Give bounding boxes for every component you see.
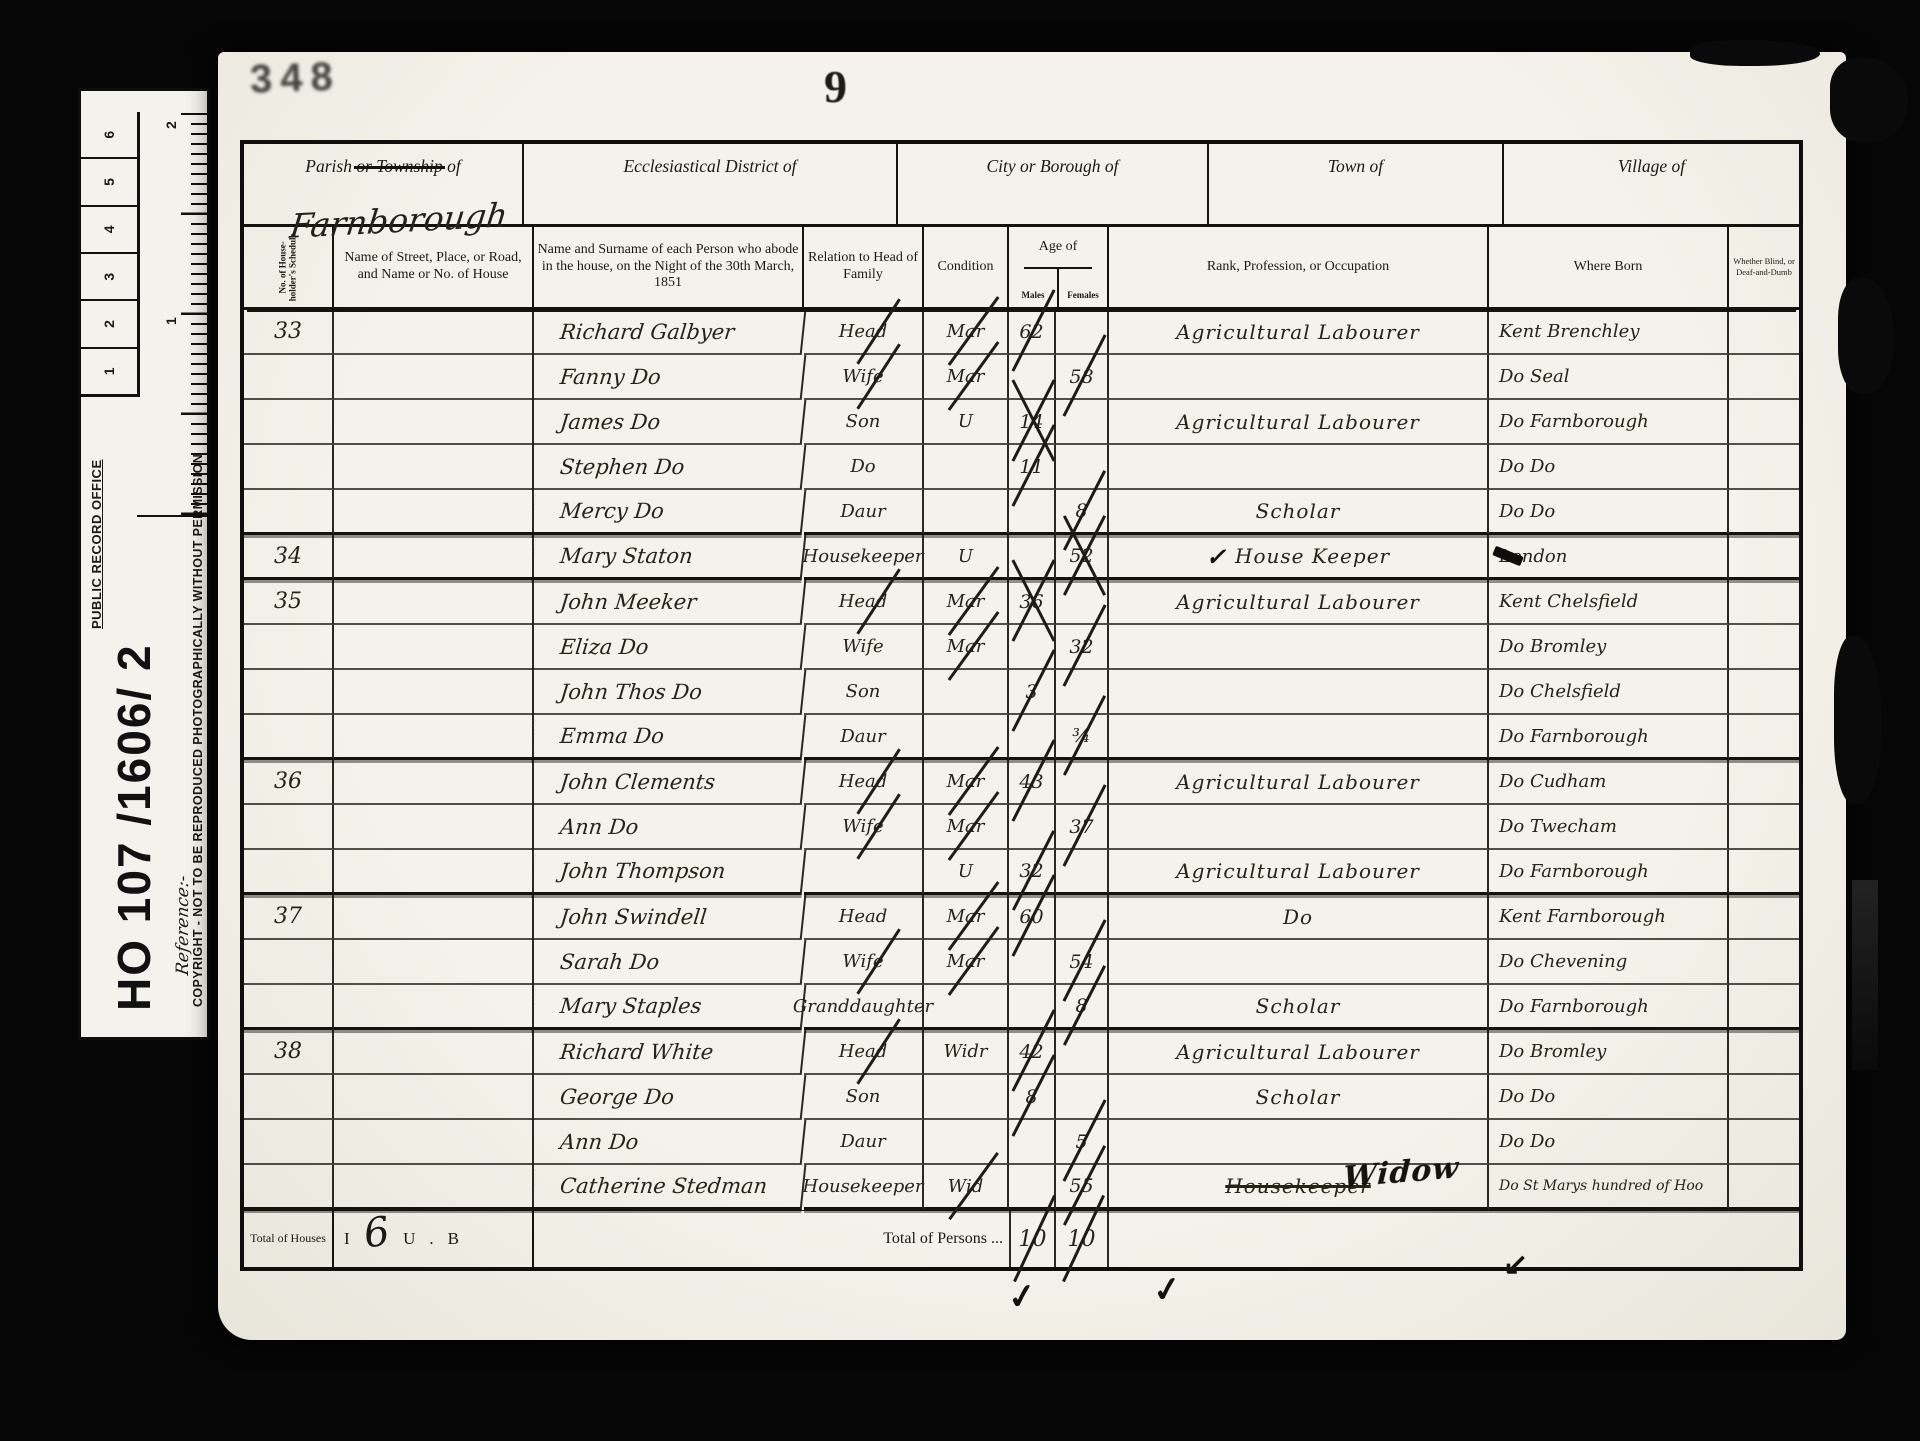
- schedule-number: [244, 985, 334, 1030]
- schedule-number: [244, 670, 334, 715]
- col-name-header: Name and Surname of each Person who abod…: [534, 227, 804, 307]
- relation-cell: Head: [804, 760, 924, 805]
- houses-building-letter: B: [448, 1229, 459, 1249]
- village-header-cell: Village of: [1504, 144, 1799, 224]
- relation-cell: Head: [804, 580, 924, 625]
- occupation-cell: Scholar: [1109, 1075, 1489, 1120]
- condition-cell: Mar: [924, 310, 1009, 355]
- street-cell: [334, 1075, 534, 1120]
- houses-count-handwritten: 6: [361, 1208, 393, 1257]
- occupation-text: Scholar: [1256, 499, 1341, 523]
- schedule-number: [244, 715, 334, 760]
- occupation-cell: Agricultural Labourer: [1109, 760, 1489, 805]
- person-name: Emma Do: [532, 715, 807, 760]
- street-cell: [334, 850, 534, 895]
- street-cell: [334, 805, 534, 850]
- where-born-cell: Kent Chelsfield: [1489, 580, 1729, 625]
- occupation-text: Agricultural Labourer: [1176, 859, 1420, 883]
- col-blind-header: Whether Blind, or Deaf-and-Dumb: [1729, 227, 1799, 307]
- age-female-cell: 8: [1056, 490, 1109, 535]
- ruler-minor-ticks: [191, 113, 207, 515]
- blind-deaf-cell: [1729, 1120, 1799, 1165]
- schedule-number: 34: [244, 535, 334, 580]
- person-name: Mercy Do: [532, 490, 807, 535]
- relation-cell: Wife: [804, 625, 924, 670]
- relation-cell: Son: [804, 400, 924, 445]
- schedule-number: [244, 355, 334, 400]
- person-name: Eliza Do: [532, 625, 807, 670]
- street-cell: [334, 760, 534, 805]
- ruler-inch-6: 6: [81, 112, 137, 157]
- where-born-cell: Do Do: [1489, 1120, 1729, 1165]
- schedule-number: 37: [244, 895, 334, 940]
- age-female-cell: 52: [1056, 535, 1109, 580]
- census-form: Parish or Township of Farnborough Eccles…: [240, 140, 1803, 1271]
- relation-cell: Son: [804, 1075, 924, 1120]
- schedule-number: [244, 805, 334, 850]
- street-cell: [334, 535, 534, 580]
- relation-cell: Granddaughter: [804, 985, 924, 1030]
- microfilm-background: HO 107 /1606/ 2 Reference:- PUBLIC RECOR…: [0, 0, 1920, 1441]
- occupation-cell: [1109, 355, 1489, 400]
- occupation-cell: Agricultural Labourer: [1109, 1030, 1489, 1075]
- age-female-cell: [1056, 670, 1109, 715]
- schedule-number: 36: [244, 760, 334, 805]
- film-blemish-right-1: [1838, 278, 1894, 394]
- condition-cell: Mar: [924, 580, 1009, 625]
- condition-cell: [924, 1120, 1009, 1165]
- condition-cell: Mar: [924, 760, 1009, 805]
- condition-cell: Mar: [924, 625, 1009, 670]
- city-borough-header-cell: City or Borough of: [898, 144, 1209, 224]
- blind-deaf-cell: [1729, 625, 1799, 670]
- relation-cell: Housekeeper: [804, 535, 924, 580]
- age-of-label: Age of: [1024, 227, 1093, 269]
- person-name: George Do: [532, 1075, 807, 1120]
- person-name: Fanny Do: [532, 355, 807, 400]
- table-row: Stephen Do Do 11 Do Do: [244, 445, 1799, 490]
- condition-cell: Mar: [924, 940, 1009, 985]
- totals-spacer: [534, 1211, 804, 1267]
- person-name: John Meeker: [532, 580, 807, 625]
- blind-deaf-cell: [1729, 985, 1799, 1030]
- table-row: Eliza Do Wife Mar 32 Do Bromley: [244, 625, 1799, 670]
- person-name: Richard Galbyer: [532, 310, 807, 355]
- person-name: John Clements: [532, 760, 807, 805]
- street-cell: [334, 1120, 534, 1165]
- schedule-number: 33: [244, 310, 334, 355]
- col-age-header: Age of Males Females: [1009, 227, 1109, 307]
- houses-uninhabited-letter: U: [403, 1229, 415, 1249]
- schedule-number: [244, 1120, 334, 1165]
- table-row: John Thompson U 32 Agricultural Labourer…: [244, 850, 1799, 895]
- blind-deaf-cell: [1729, 1075, 1799, 1120]
- person-name: Mary Staton: [532, 535, 807, 580]
- occupation-cell: Agricultural Labourer: [1109, 400, 1489, 445]
- col-occupation-header: Rank, Profession, or Occupation: [1109, 227, 1489, 307]
- town-header-cell: Town of: [1209, 144, 1504, 224]
- film-blemish-top-right: [1830, 58, 1908, 142]
- ruler-inch-3: 3: [81, 252, 137, 299]
- occupation-text: Scholar: [1256, 994, 1341, 1018]
- street-cell: [334, 940, 534, 985]
- occupation-cell: Agricultural Labourer: [1109, 580, 1489, 625]
- street-cell: [334, 985, 534, 1030]
- person-name: John Swindell: [532, 895, 807, 940]
- schedule-number: [244, 1165, 334, 1210]
- street-cell: [334, 1165, 534, 1210]
- relation-cell: Do: [804, 445, 924, 490]
- age-male-cell: 3: [1009, 670, 1056, 715]
- table-row: Ann Do Daur 5 Do Do: [244, 1120, 1799, 1165]
- houses-dot: .: [429, 1229, 433, 1249]
- age-female-cell: 5: [1056, 1120, 1109, 1165]
- where-born-cell: Do Chelsfield: [1489, 670, 1729, 715]
- age-female-cell: [1056, 310, 1109, 355]
- relation-cell: Wife: [804, 940, 924, 985]
- condition-cell: Mar: [924, 355, 1009, 400]
- where-born-cell: Do Seal: [1489, 355, 1729, 400]
- person-name: Ann Do: [532, 805, 807, 850]
- blind-deaf-cell: [1729, 400, 1799, 445]
- table-row: 36 John Clements Head Mar 43 Agricultura…: [244, 760, 1799, 805]
- ruler-inch-5: 5: [81, 157, 137, 204]
- age-female-cell: 54: [1056, 940, 1109, 985]
- reference-number: HO 107 /1606/ 2: [107, 643, 161, 1011]
- person-name: Mary Staples: [532, 985, 807, 1030]
- where-born-cell: Do Do: [1489, 445, 1729, 490]
- street-cell: [334, 355, 534, 400]
- table-row: 33 Richard Galbyer Head Mar 62 Agricultu…: [244, 310, 1799, 355]
- occupation-text: House Keeper: [1235, 544, 1390, 568]
- relation-cell: Head: [804, 1030, 924, 1075]
- where-born-cell: Do Farnborough: [1489, 400, 1729, 445]
- occupation-cell: [1109, 715, 1489, 760]
- person-name: Catherine Stedman: [532, 1165, 807, 1210]
- pro-office-title: PUBLIC RECORD OFFICE: [89, 459, 104, 629]
- blind-deaf-cell: [1729, 850, 1799, 895]
- relation-cell: Housekeeper: [804, 1165, 924, 1210]
- condition-cell: Mar: [924, 895, 1009, 940]
- age-female-cell: 8: [1056, 985, 1109, 1030]
- where-born-cell: Do St Marys hundred of Hoo: [1489, 1165, 1729, 1210]
- col-relation-header: Relation to Head of Family: [804, 227, 924, 307]
- ruler-inch-4: 4: [81, 205, 137, 252]
- females-label: Females: [1059, 269, 1107, 307]
- street-cell: [334, 715, 534, 760]
- schedule-number: [244, 490, 334, 535]
- table-row: 37 John Swindell Head Mar 60 Do Kent Far…: [244, 895, 1799, 940]
- ruler-inch-2: 2: [81, 299, 137, 346]
- occupation-text: Agricultural Labourer: [1176, 770, 1420, 794]
- total-houses-value: I 6 U . B: [334, 1211, 534, 1267]
- condition-cell: U: [924, 535, 1009, 580]
- person-name: Richard White: [532, 1030, 807, 1075]
- person-name: James Do: [532, 400, 807, 445]
- condition-cell: [924, 445, 1009, 490]
- blind-deaf-cell: [1729, 535, 1799, 580]
- occupation-cell: House Keeper: [1109, 535, 1489, 580]
- census-sheet: 348 9 Parish or Township of Farnborough …: [218, 52, 1846, 1340]
- ruler-number-1: 1: [163, 317, 179, 325]
- table-row: Mercy Do Daur 8 Scholar Do Do: [244, 490, 1799, 535]
- age-female-cell: ¾: [1056, 715, 1109, 760]
- street-cell: [334, 625, 534, 670]
- condition-cell: Widr: [924, 1030, 1009, 1075]
- film-blemish-right-2: [1834, 636, 1882, 804]
- occupation-cell: Agricultural Labourer: [1109, 850, 1489, 895]
- ruler-scale-fine: 1 2: [137, 113, 207, 517]
- film-blemish-top: [1690, 40, 1820, 66]
- table-row: Sarah Do Wife Mar 54 Do Chevening: [244, 940, 1799, 985]
- age-female-cell: [1056, 400, 1109, 445]
- where-born-cell: London: [1489, 535, 1729, 580]
- blind-deaf-cell: [1729, 1165, 1799, 1210]
- where-born-cell: Kent Brenchley: [1489, 310, 1729, 355]
- blind-deaf-cell: [1729, 715, 1799, 760]
- street-cell: [334, 445, 534, 490]
- occupation-cell: [1109, 805, 1489, 850]
- occupation-cell: Scholar: [1109, 490, 1489, 535]
- where-born-cell: Do Farnborough: [1489, 715, 1729, 760]
- blind-deaf-cell: [1729, 940, 1799, 985]
- age-female-cell: [1056, 895, 1109, 940]
- blind-deaf-cell: [1729, 490, 1799, 535]
- blind-deaf-cell: [1729, 670, 1799, 715]
- table-row: Mary Staples Granddaughter 8 Scholar Do …: [244, 985, 1799, 1030]
- street-cell: [334, 580, 534, 625]
- age-female-cell: 32: [1056, 625, 1109, 670]
- pro-reference-label: HO 107 /1606/ 2 Reference:- PUBLIC RECOR…: [78, 88, 210, 1040]
- relation-cell: Daur: [804, 1120, 924, 1165]
- relation-cell: Wife: [804, 355, 924, 400]
- condition-cell: [924, 1075, 1009, 1120]
- where-born-cell: Do Twecham: [1489, 805, 1729, 850]
- film-frame-stamp: 348: [249, 54, 341, 102]
- occupation-cell: [1109, 445, 1489, 490]
- total-persons-males: 10: [1009, 1211, 1056, 1267]
- condition-cell: Wid: [924, 1165, 1009, 1210]
- total-persons-females: 10: [1056, 1211, 1109, 1267]
- occupation-text: Agricultural Labourer: [1176, 590, 1420, 614]
- parish-label-of: of: [447, 156, 461, 176]
- age-female-cell: [1056, 1075, 1109, 1120]
- schedule-number: [244, 625, 334, 670]
- where-born-cell: Do Bromley: [1489, 1030, 1729, 1075]
- schedule-number: [244, 400, 334, 445]
- blind-deaf-cell: [1729, 580, 1799, 625]
- blind-deaf-cell: [1729, 760, 1799, 805]
- occupation-cell: [1109, 940, 1489, 985]
- schedule-number: [244, 850, 334, 895]
- occupation-cell: Do: [1109, 895, 1489, 940]
- blind-deaf-cell: [1729, 445, 1799, 490]
- occupation-text: Do: [1283, 905, 1313, 929]
- person-name: John Thompson: [532, 850, 807, 895]
- occupation-cell: [1109, 670, 1489, 715]
- street-cell: [334, 400, 534, 445]
- parish-struck-words: or Township: [356, 156, 442, 176]
- person-name: Stephen Do: [532, 445, 807, 490]
- reference-label: Reference:-: [173, 874, 193, 976]
- age-female-cell: [1056, 760, 1109, 805]
- ecclesiastical-header-cell: Ecclesiastical District of: [524, 144, 898, 224]
- totals-rest: [1109, 1211, 1799, 1267]
- houses-inhabited-letter: I: [344, 1229, 350, 1249]
- person-name: Sarah Do: [532, 940, 807, 985]
- street-cell: [334, 670, 534, 715]
- street-cell: [334, 1030, 534, 1075]
- occupation-cell: [1109, 625, 1489, 670]
- males-label: Males: [1009, 269, 1059, 307]
- place-header-band: Parish or Township of Farnborough Eccles…: [244, 144, 1799, 227]
- blind-deaf-cell: [1729, 805, 1799, 850]
- age-male-cell: 43: [1009, 760, 1056, 805]
- schedule-number: 35: [244, 580, 334, 625]
- age-female-cell: 37: [1056, 805, 1109, 850]
- film-scratch-right: [1852, 880, 1878, 1070]
- relation-cell: Head: [804, 895, 924, 940]
- relation-cell: [804, 850, 924, 895]
- age-female-cell: [1056, 850, 1109, 895]
- table-row: James Do Son U 14 Agricultural Labourer …: [244, 400, 1799, 445]
- parish-header-cell: Parish or Township of Farnborough: [244, 144, 524, 224]
- occupation-cell: Scholar: [1109, 985, 1489, 1030]
- relation-cell: Son: [804, 670, 924, 715]
- where-born-cell: Do Chevening: [1489, 940, 1729, 985]
- condition-cell: [924, 670, 1009, 715]
- where-born-cell: Do Cudham: [1489, 760, 1729, 805]
- col-born-header: Where Born: [1489, 227, 1729, 307]
- where-born-cell: Kent Farnborough: [1489, 895, 1729, 940]
- person-name: Ann Do: [532, 1120, 807, 1165]
- condition-cell: Mar: [924, 805, 1009, 850]
- blind-deaf-cell: [1729, 355, 1799, 400]
- schedule-number: 38: [244, 1030, 334, 1075]
- total-houses-label: Total of Houses: [244, 1211, 334, 1267]
- occupation-text: Agricultural Labourer: [1176, 410, 1420, 434]
- ruler-number-2: 2: [163, 121, 179, 129]
- condition-cell: [924, 490, 1009, 535]
- page-number: 9: [824, 60, 847, 113]
- where-born-cell: Do Farnborough: [1489, 985, 1729, 1030]
- column-headers: No. of House-holder's Schedule Name of S…: [244, 227, 1799, 310]
- blind-deaf-cell: [1729, 1030, 1799, 1075]
- schedule-number: [244, 940, 334, 985]
- check-mark-right: ✓: [1150, 1268, 1184, 1312]
- table-row: 35 John Meeker Head Mar 36 Agricultural …: [244, 580, 1799, 625]
- condition-cell: [924, 985, 1009, 1030]
- table-row: John Thos Do Son 3 Do Chelsfield: [244, 670, 1799, 715]
- relation-cell: Daur: [804, 490, 924, 535]
- relation-cell: Wife: [804, 805, 924, 850]
- ruler-scale-inches: 123456: [81, 112, 140, 397]
- relation-cell: Head: [804, 310, 924, 355]
- enumerator-arrow-mark: ↙: [1503, 1247, 1528, 1282]
- occupation-text: Agricultural Labourer: [1176, 1040, 1420, 1064]
- where-born-cell: Do Farnborough: [1489, 850, 1729, 895]
- condition-cell: U: [924, 850, 1009, 895]
- where-born-cell: Do Bromley: [1489, 625, 1729, 670]
- occupation-cell: Agricultural Labourer: [1109, 310, 1489, 355]
- condition-cell: U: [924, 400, 1009, 445]
- age-male-cell: 62: [1009, 310, 1056, 355]
- table-row: Ann Do Wife Mar 37 Do Twecham: [244, 805, 1799, 850]
- street-cell: [334, 490, 534, 535]
- check-mark-left: ✓: [1005, 1275, 1039, 1319]
- schedule-number: [244, 1075, 334, 1120]
- street-cell: [334, 310, 534, 355]
- age-female-cell: [1056, 1030, 1109, 1075]
- occupation-text: Scholar: [1256, 1085, 1341, 1109]
- street-cell: [334, 895, 534, 940]
- age-female-cell: 58: [1056, 355, 1109, 400]
- parish-label: Parish: [305, 156, 352, 176]
- total-persons-label: Total of Persons ...: [804, 1211, 1009, 1267]
- relation-cell: Daur: [804, 715, 924, 760]
- ruler-inch-1: 1: [81, 347, 137, 394]
- table-row: Emma Do Daur ¾ Do Farnborough: [244, 715, 1799, 760]
- census-rows: 33 Richard Galbyer Head Mar 62 Agricultu…: [244, 310, 1799, 1210]
- table-row: 38 Richard White Head Widr 42 Agricultur…: [244, 1030, 1799, 1075]
- age-female-cell: [1056, 445, 1109, 490]
- where-born-cell: Do Do: [1489, 1075, 1729, 1120]
- age-male-cell: 36: [1009, 580, 1056, 625]
- schedule-number: [244, 445, 334, 490]
- occupation-text: Agricultural Labourer: [1176, 320, 1420, 344]
- table-row: George Do Son 8 Scholar Do Do: [244, 1075, 1799, 1120]
- condition-cell: [924, 715, 1009, 760]
- person-name: John Thos Do: [532, 670, 807, 715]
- occupation-cell: Housekeeper Widow: [1109, 1165, 1489, 1210]
- where-born-cell: Do Do: [1489, 490, 1729, 535]
- table-row: Catherine Stedman Housekeeper Wid 55 Hou…: [244, 1165, 1799, 1210]
- totals-row: Total of Houses I 6 U . B Total of Perso…: [244, 1210, 1799, 1267]
- blind-deaf-cell: [1729, 895, 1799, 940]
- blind-deaf-cell: [1729, 310, 1799, 355]
